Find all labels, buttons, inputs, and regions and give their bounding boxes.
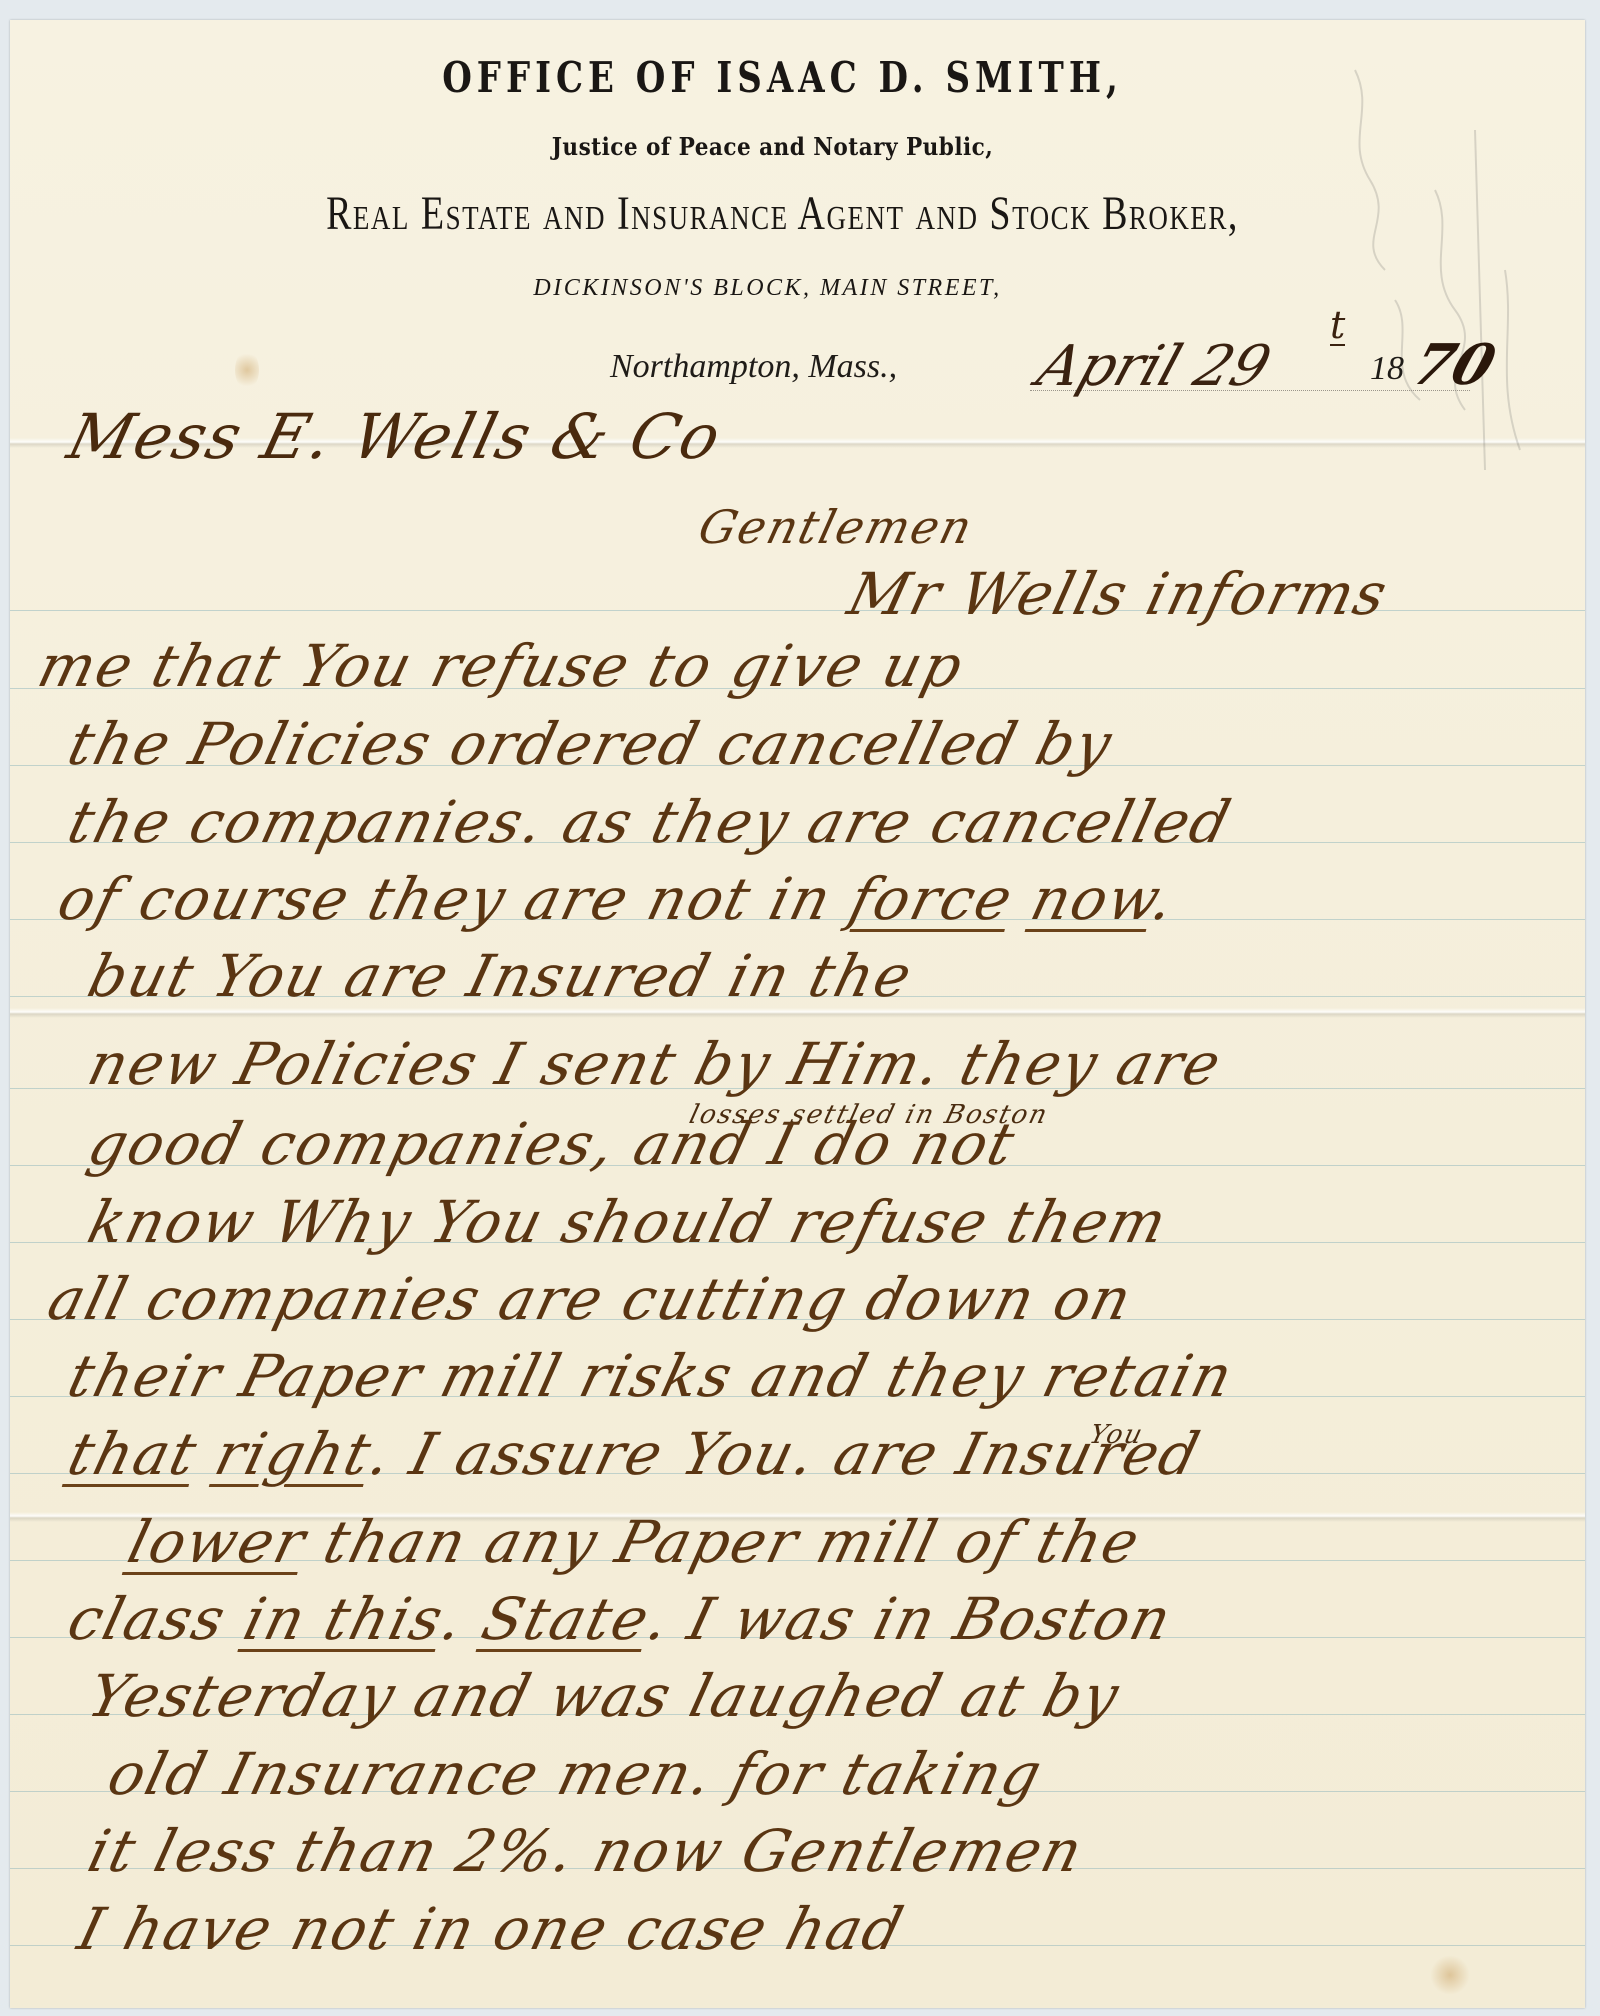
letter-line: know Why You should refuse them (82, 1188, 1175, 1256)
letter-line: old Insurance men. for taking (102, 1740, 1050, 1808)
ink-stain (1430, 1955, 1470, 1995)
addressee: Mess E. Wells & Co (61, 400, 730, 473)
letter-line: Yesterday and was laughed at by (82, 1662, 1128, 1730)
dateline-year-handwritten: 70 (1404, 332, 1503, 398)
dateline-day-suffix: t (1330, 306, 1345, 346)
ink-stain (235, 350, 259, 390)
letter-line: I have not in one case had (72, 1895, 912, 1963)
dateline: Northampton, Mass., April 29 t 18 70 (610, 338, 1490, 398)
dateline-place: Northampton, Mass., (610, 348, 897, 386)
dateline-month-day: April 29 (1029, 334, 1278, 399)
letter-line: lower than any Paper mill of the (122, 1508, 1148, 1576)
letter-line: Mr Wells informs (842, 560, 1396, 628)
letterhead-office: OFFICE OF ISAAC D. SMITH, (10, 53, 1585, 103)
letter-line: that right. I assure You. are Insured (62, 1420, 1208, 1488)
letter-sheet: OFFICE OF ISAAC D. SMITH, Justice of Pea… (10, 20, 1585, 2008)
salutation: Gentlemen (693, 500, 979, 554)
letter-line: but You are Insured in the (82, 942, 921, 1010)
letter-line: class in this. State. I was in Boston (62, 1585, 1180, 1653)
letter-line: their Paper mill risks and they retain (62, 1342, 1241, 1410)
dateline-year-printed: 18 (1370, 350, 1404, 388)
letter-line: new Policies I sent by Him. they are (82, 1030, 1230, 1098)
letter-line: the companies. as they are cancelled (62, 788, 1239, 856)
letter-line: the Policies ordered cancelled by (62, 710, 1120, 778)
letterhead-business: Real Estate and Insurance Agent and Stoc… (10, 187, 1585, 242)
letter-line: it less than 2%. now Gentlemen (82, 1817, 1091, 1885)
letterhead-titles: Justice of Peace and Notary Public, (41, 132, 1504, 161)
letter-line: of course they are not in force now. (52, 865, 1183, 933)
letterhead-address: DICKINSON'S BLOCK, MAIN STREET, (10, 275, 1585, 302)
letter-line: me that You refuse to give up (32, 632, 971, 700)
letter-line: good companies, and I do not (82, 1110, 1023, 1178)
letter-line: all companies are cutting down on (42, 1265, 1140, 1333)
pencil-marks (1325, 50, 1555, 490)
